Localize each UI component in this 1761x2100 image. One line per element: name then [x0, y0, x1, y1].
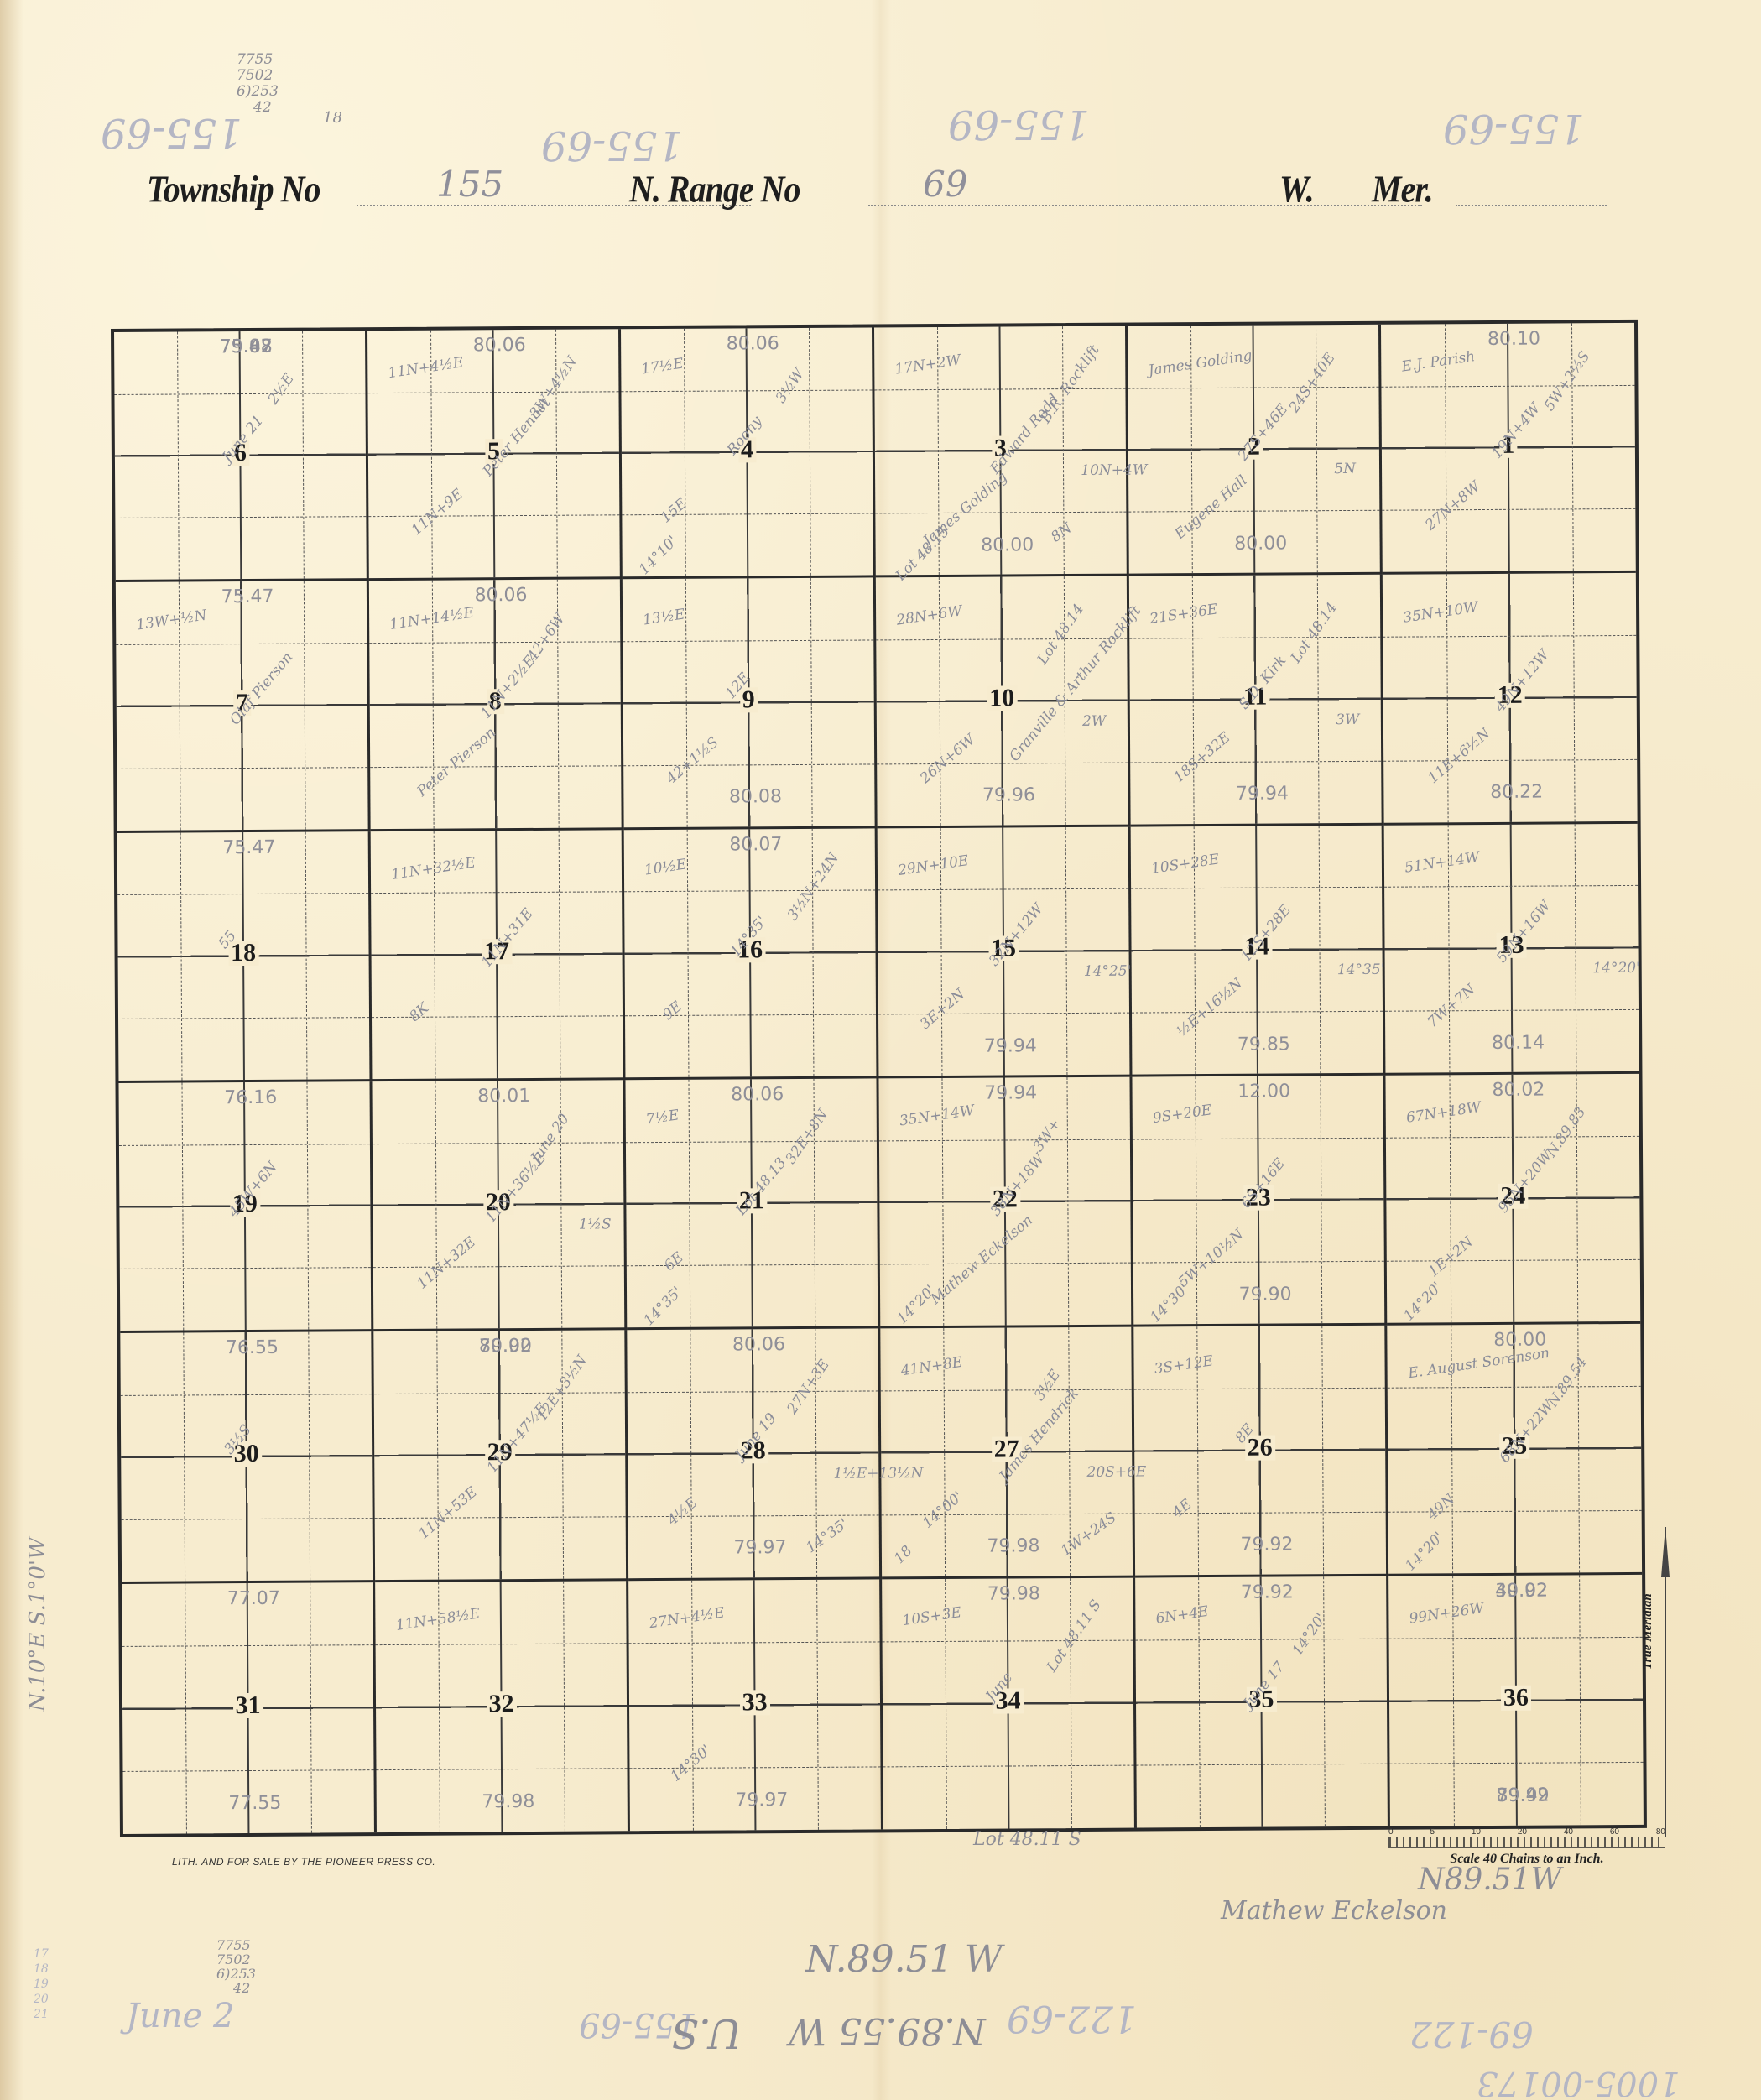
quarter-line	[883, 1640, 1133, 1643]
pencil-annotation: 14°20'	[894, 1282, 939, 1327]
quarter-line	[876, 638, 1127, 641]
scale-tick: 5	[1430, 1827, 1435, 1837]
quarter-line	[816, 1580, 819, 1830]
quarter-line	[1128, 510, 1379, 513]
section-3: 317N+2WEdward RoddJames GoldingB.R. Rock…	[874, 326, 1129, 578]
pencil-annotation: 11N+4½E	[387, 355, 464, 383]
quarter-line	[1382, 508, 1635, 511]
left-margin-bearing: N.10°E S.1°0'W	[25, 1537, 50, 1712]
quarter-line	[877, 762, 1128, 764]
scale-tick: 40	[1564, 1827, 1573, 1837]
quarter-line	[878, 1013, 1129, 1015]
pencil-annotation: 14°00'	[920, 1488, 966, 1532]
section-20: 2080.0111N+36½E11N+32EJune 201½S	[372, 1080, 627, 1331]
quarter-line	[181, 1082, 184, 1330]
quarter-line	[185, 1583, 187, 1833]
calc-line: 7502	[237, 68, 279, 84]
calc-line: 42	[237, 100, 279, 116]
chain-measurement: 75.47	[220, 336, 273, 357]
pencil-annotation: 6N+4E	[1154, 1603, 1209, 1628]
chain-measurement: 79.94	[1236, 784, 1289, 805]
pencil-annotation: 4E	[1170, 1496, 1196, 1521]
pencil-annotation: 32E+8N	[783, 1107, 832, 1167]
section-32: 3211N+58½E79.98	[375, 1581, 630, 1832]
meridian-field-line	[1456, 205, 1607, 206]
pencil-annotation: Mathew Eckelson	[927, 1212, 1036, 1307]
pencil-annotation: 7W+7N	[1425, 982, 1479, 1031]
top-id-note: 155-69	[101, 109, 242, 156]
quarter-line	[875, 512, 1126, 514]
calc-line: 7755	[216, 1938, 256, 1952]
section-1: 1E.J. Parish19N+4W27N+8W5W+2½S80.10	[1381, 323, 1636, 575]
chain-measurement: 76.16	[224, 1087, 277, 1108]
chain-measurement: 80.01	[477, 1086, 530, 1107]
quarter-line	[878, 888, 1128, 891]
chain-measurement: 76.55	[226, 1337, 279, 1358]
township-header: Township No 155 N. Range No 69 W. Mer.	[147, 168, 1607, 218]
section-24: 2467N+18W95N+20W1E+2NN.89.8380.0214°20'	[1385, 1074, 1640, 1326]
quarter-line	[624, 890, 875, 893]
quarter-line	[629, 1767, 880, 1769]
chain-measurement: 79.97	[733, 1537, 786, 1558]
pencil-annotation: 13W+½N	[135, 607, 208, 633]
bottom-note: 122-69	[1007, 1997, 1137, 2040]
pencil-annotation: 14°30'	[1147, 1280, 1192, 1326]
township-number: 155	[436, 164, 503, 205]
pencil-annotation: 14°10'	[636, 533, 681, 578]
quarter-line	[177, 332, 180, 580]
pencil-annotation: 1W+24S	[1058, 1509, 1119, 1559]
pencil-annotation: Lot 48.14	[1034, 602, 1087, 668]
pencil-annotation: 49N	[1425, 1491, 1459, 1524]
chain-measurement: 80.07	[729, 834, 782, 855]
quarter-line	[880, 1263, 1131, 1265]
scale-ticks: 0 5 10 20 40 60 80	[1388, 1827, 1665, 1837]
pencil-annotation: 11N+32E	[414, 1233, 479, 1292]
pencil-annotation: June 20	[528, 1111, 573, 1166]
pencil-annotation: Eugene Hall	[1171, 472, 1250, 543]
pencil-annotation: 27N+3E	[784, 1357, 834, 1417]
section-29: 2980.0011N+47½E11N+53E12E+3½N79.92	[373, 1331, 628, 1582]
quarter-line	[559, 830, 561, 1077]
quarter-line	[1133, 1138, 1383, 1140]
pencil-annotation: 35N+10W	[1402, 599, 1479, 627]
pencil-annotation: B.R. Rocklift	[1038, 342, 1103, 427]
pencil-annotation: James Golding	[1147, 348, 1253, 380]
section-19: 1976.1645W+6N	[118, 1081, 373, 1333]
quarter-line	[874, 388, 1125, 390]
chain-measurement: 79.92	[479, 1336, 532, 1357]
pencil-annotation: 14°25'	[1084, 963, 1132, 980]
section-number: 33	[739, 1690, 769, 1715]
scale-tick: 80	[1656, 1827, 1665, 1837]
section-5: 511N+4½EPeter Hennet11N+9E3W+4½N80.06	[367, 329, 623, 581]
pencil-annotation: 29N+10E	[897, 852, 970, 879]
bottom-note: 69-122	[1409, 2014, 1534, 2055]
section-13: 1351N+14W59N+16W7W+7N80.1414°20'	[1384, 824, 1639, 1076]
quarter-line	[1130, 761, 1381, 763]
quarter-line	[1389, 1762, 1643, 1764]
pencil-annotation: 42+1½S	[663, 734, 722, 788]
section-18: 1875.4755	[117, 831, 373, 1083]
chain-measurement: 79.98	[987, 1583, 1040, 1604]
pencil-annotation: 3W+	[1030, 1116, 1065, 1154]
section-2: 2James Golding27S+46EEugene Hall24S+40E5…	[1128, 325, 1383, 576]
section-6: 675.02June 2179.882½E75.47	[114, 331, 369, 582]
chain-measurement: 80.10	[1487, 328, 1540, 349]
section-7: 713W+½NOlaf Pierson75.47	[116, 581, 371, 832]
pencil-annotation: 28N+6W	[895, 602, 963, 628]
pencil-annotation: 21S+36E	[1149, 601, 1219, 628]
chain-measurement: 79.92	[1240, 1535, 1293, 1555]
chain-measurement: 80.06	[473, 335, 526, 356]
quarter-line	[809, 328, 811, 576]
section-4: 417½ERoony15E3½W80.0614°10'	[621, 327, 876, 579]
quarter-line	[376, 1769, 627, 1771]
number: 18	[34, 1962, 49, 1977]
pencil-annotation: 14°35'	[1337, 961, 1385, 978]
pencil-annotation: 11N+53E	[415, 1484, 481, 1543]
range-label: N. Range No	[629, 166, 800, 211]
pencil-annotation: Lot 48.14	[1288, 600, 1341, 666]
quarter-line	[302, 331, 305, 579]
quarter-line	[1065, 827, 1068, 1075]
quarter-line	[1133, 1261, 1384, 1264]
pencil-annotation: 6E	[661, 1248, 687, 1274]
pencil-annotation: 14°20'	[1402, 1529, 1447, 1575]
quarter-line	[371, 892, 622, 894]
chain-measurement: 79.94	[984, 1035, 1037, 1056]
pencil-annotation: 27N+4½E	[648, 1605, 725, 1633]
quarter-line	[373, 1266, 624, 1269]
section-23: 239S+20E6S+16E5W+10½N79.9012.0014°30'	[1132, 1076, 1387, 1327]
pencil-annotation: 8K	[406, 1000, 432, 1025]
chain-measurement: 80.22	[1490, 782, 1543, 803]
quarter-line	[690, 1330, 692, 1577]
section-14: 1410S+28E12S+28E½E+16½N79.8514°35'	[1131, 825, 1386, 1076]
chain-measurement: 79.90	[1239, 1284, 1292, 1305]
top-small-note: 18	[323, 109, 342, 127]
scale-tick: 10	[1472, 1827, 1481, 1837]
quarter-line	[367, 391, 618, 393]
pencil-annotation: 9S+20E	[1152, 1102, 1213, 1128]
bottom-left-numbers: 17 18 19 20 21	[34, 1946, 49, 2022]
section-31: 3177.0777.55	[122, 1582, 377, 1834]
pencil-annotation: 11N+9E	[409, 486, 466, 539]
quarter-line	[376, 1644, 627, 1646]
pencil-annotation: 51N+14W	[1404, 849, 1481, 877]
quarter-line	[121, 1394, 372, 1396]
chain-measurement: 79.98	[482, 1791, 534, 1812]
bottom-right-bearing: N89.51W	[1418, 1863, 1562, 1897]
pencil-annotation: 27S+46E	[1234, 401, 1290, 465]
bottom-note: N.89.55 W	[789, 2009, 986, 2052]
section-12: 1235N+10W49N+12W11E+6½N80.22	[1383, 573, 1638, 825]
bottom-calculation: 7755 7502 6)253 42	[216, 1938, 256, 1995]
quarter-line	[628, 1391, 878, 1394]
pencil-annotation: Lot 48.15	[893, 524, 953, 585]
bottom-note: N.89.51 W	[805, 1938, 1003, 1981]
pencil-annotation: Lot 48.11 S	[1044, 1597, 1105, 1675]
section-10: 1028N+6WGranville & Arthur Rocklift26N+6…	[876, 576, 1131, 828]
quarter-line	[310, 1582, 312, 1832]
pencil-annotation: 17½E	[640, 356, 685, 378]
quarter-line	[436, 1331, 439, 1579]
section-33: 3327N+4½E79.9714°30'	[628, 1579, 883, 1831]
pencil-annotation: 4½E	[664, 1494, 701, 1529]
pencil-annotation: 35N+14W	[899, 1102, 976, 1130]
archive-id: 1005-00173	[1477, 2064, 1680, 2100]
quarter-line	[1128, 387, 1378, 389]
pencil-annotation: 41N+8E	[899, 1354, 963, 1380]
chain-measurement: 80.08	[729, 787, 782, 808]
pencil-annotation: 2W	[1082, 713, 1106, 730]
quarter-line	[1134, 1388, 1385, 1390]
pencil-annotation: N.89.54	[1545, 1354, 1591, 1410]
quarter-line	[623, 763, 874, 766]
quarter-line	[368, 515, 619, 518]
true-meridian-line: True Meridian	[1665, 1527, 1671, 1837]
pencil-annotation: E.J. Parish	[1400, 348, 1476, 376]
quarter-line	[118, 1017, 369, 1019]
pencil-annotation: 8N	[1048, 520, 1076, 546]
quarter-line	[373, 1142, 623, 1144]
pencil-annotation: 27N+8W	[1423, 478, 1484, 534]
paper-edge	[0, 0, 23, 2100]
bottom-note: June 2	[126, 1997, 234, 2035]
quarter-line	[1579, 1575, 1581, 1825]
pencil-annotation: 1E+2N	[1425, 1233, 1477, 1280]
pencil-annotation: 3E+2N	[917, 986, 968, 1033]
pencil-annotation: 2½E	[265, 371, 298, 408]
chain-measurement: 79.92	[1241, 1582, 1294, 1602]
north-arrow-icon	[1661, 1527, 1670, 1577]
chain-measurement: 80.00	[1493, 1330, 1546, 1351]
pencil-annotation: 10S+3E	[901, 1604, 962, 1629]
meridian-label: Mer.	[1372, 166, 1433, 211]
chain-measurement: 80.06	[474, 585, 527, 606]
quarter-line	[1070, 1578, 1072, 1828]
calc-line: 7755	[237, 52, 279, 68]
section-35: 356N+4EJune 1779.9214°20'	[1135, 1576, 1390, 1827]
quarter-line	[115, 517, 366, 519]
chain-measurement: 80.00	[981, 534, 1034, 555]
pencil-annotation: 11E+6½N	[1425, 725, 1494, 787]
quarter-line	[623, 640, 873, 643]
pencil-annotation: 5W+2½S	[1541, 348, 1594, 414]
pencil-annotation: 3S+12E	[1153, 1352, 1214, 1378]
quarter-line	[122, 1644, 373, 1647]
pencil-annotation: 14°35'	[640, 1284, 685, 1329]
quarter-line	[1381, 385, 1634, 388]
section-number: 10	[987, 685, 1017, 711]
pencil-annotation: 26N+6W	[917, 732, 978, 787]
section-number: 32	[486, 1691, 516, 1717]
scale-graduations	[1388, 1837, 1665, 1848]
range-field-line	[868, 205, 1422, 206]
quarter-line	[309, 1332, 311, 1580]
quarter-line	[1383, 635, 1636, 638]
chain-measurement: 80.02	[1492, 1079, 1545, 1100]
quarter-line	[119, 1144, 370, 1146]
chain-measurement: 79.97	[735, 1790, 788, 1811]
quarter-line	[621, 389, 872, 392]
chain-measurement: 77.55	[228, 1793, 281, 1814]
calc-line: 6)253	[216, 1967, 256, 1981]
quarter-line	[1323, 1576, 1326, 1826]
quarter-line	[304, 581, 306, 829]
quarter-line	[1386, 1136, 1639, 1139]
quarter-line	[369, 641, 620, 644]
top-id-note: 155-69	[541, 122, 683, 169]
quarter-line	[1136, 1764, 1387, 1766]
number: 17	[34, 1946, 49, 1962]
pencil-annotation: 1½S	[579, 1217, 612, 1233]
quarter-line	[1136, 1639, 1387, 1641]
section-8: 811N+14½E11N+2½EPeter Pierson42+6W80.06	[369, 580, 624, 831]
pencil-annotation: 3W	[1336, 711, 1359, 728]
chain-measurement: 12.00	[1237, 1081, 1290, 1102]
chain-measurement: 80.06	[727, 333, 779, 354]
quarter-line	[305, 831, 308, 1079]
quarter-line	[879, 1139, 1130, 1141]
pencil-annotation: ½E+16½N	[1174, 976, 1246, 1040]
direction-label: W.	[1279, 166, 1314, 211]
quarter-line	[122, 1518, 373, 1520]
section-number: 36	[1501, 1686, 1531, 1711]
pencil-annotation: 3W+4½N	[527, 353, 581, 421]
pencil-annotation: 3½N+24N	[784, 850, 842, 924]
quarter-line	[1383, 759, 1637, 762]
pencil-annotation: Peter Pierson	[414, 724, 498, 800]
chain-measurement: 80.00	[1234, 534, 1287, 555]
pencil-annotation: 5W+10½N	[1175, 1226, 1248, 1290]
pencil-annotation: 42+6W	[524, 611, 569, 664]
section-21: 217½ELot 48.136E32E+8N80.0614°35'	[625, 1078, 880, 1330]
quarter-line	[183, 1333, 185, 1581]
chain-measurement: 40.02	[1495, 1580, 1548, 1601]
quarter-line	[626, 1140, 877, 1143]
range-number: 69	[923, 164, 967, 205]
scale-bar: 0 5 10 20 40 60 80 Scale 40 Chains to an…	[1388, 1827, 1665, 1867]
quarter-line	[1388, 1386, 1641, 1389]
pencil-annotation: N.89.83	[1543, 1104, 1589, 1160]
quarter-line	[881, 1389, 1132, 1392]
number: 19	[34, 1977, 49, 1992]
pencil-annotation: 3½W	[773, 366, 808, 406]
lot-note: Lot 48.11 S	[973, 1829, 1081, 1850]
section-25: 25E. August Sorenson68N+22W49NN.89.5480.…	[1387, 1324, 1642, 1576]
scale-tick: 0	[1388, 1827, 1394, 1837]
quarter-line	[1572, 574, 1575, 821]
quarter-line	[688, 1080, 690, 1327]
pencil-annotation: 18S+32E	[1170, 729, 1233, 786]
township-label: Township No	[147, 166, 320, 211]
pencil-annotation: 10S+28E	[1150, 851, 1221, 878]
pencil-annotation: 24S+40E	[1286, 350, 1339, 415]
quarter-line	[374, 1392, 625, 1394]
quarter-line	[123, 1770, 374, 1773]
pencil-annotation: 14°30'	[668, 1742, 715, 1785]
top-id-note: 155-69	[1443, 105, 1585, 152]
section-30: 3076.553½S	[120, 1331, 375, 1583]
true-meridian-label: True Meridian	[1641, 1593, 1655, 1670]
section-26: 263S+12E8E4E79.92	[1133, 1326, 1388, 1577]
top-id-note: 155-69	[948, 101, 1090, 148]
calc-line: 42	[216, 1981, 256, 1995]
quarter-line	[307, 1082, 310, 1330]
quarter-line	[117, 894, 368, 896]
section-number: 31	[232, 1693, 263, 1718]
quarter-line	[810, 578, 813, 826]
quarter-line	[1131, 887, 1382, 889]
calc-line: 6)253	[237, 84, 279, 100]
quarter-line	[563, 1581, 565, 1831]
quarter-line	[435, 1081, 437, 1329]
section-11: 1121S+36ES.D. Kirk18S+32ELot 48.143W79.9…	[1129, 575, 1384, 826]
quarter-line	[1129, 637, 1380, 639]
section-36: 3699N+26W39.9239.9289.4940.0279.92	[1388, 1575, 1644, 1826]
quarter-line	[1132, 1011, 1383, 1014]
quarter-line	[1387, 1259, 1640, 1262]
chain-measurement: 75.47	[221, 586, 274, 607]
pencil-annotation: 13½E	[642, 606, 686, 628]
chain-measurement: 79.92	[1496, 1785, 1549, 1806]
section-grid: 675.02June 2179.882½E75.47511N+4½EPeter …	[111, 320, 1647, 1837]
chain-measurement: 79.94	[984, 1082, 1037, 1103]
chain-measurement: 75.47	[222, 836, 275, 857]
quarter-line	[629, 1642, 880, 1644]
pencil-annotation: 10½E	[643, 857, 688, 879]
quarter-line	[114, 393, 365, 395]
chain-measurement: 79.96	[982, 785, 1035, 806]
pencil-annotation: 17N+2W	[894, 352, 961, 378]
quarter-line	[883, 1765, 1133, 1768]
chain-measurement: 80.06	[731, 1084, 784, 1105]
section-17: 1711N+32½E11N+31E8K	[371, 830, 626, 1081]
quarter-line	[1384, 885, 1638, 888]
pencil-annotation: 5N	[1334, 461, 1356, 477]
chain-measurement: 77.07	[227, 1587, 280, 1608]
quarter-line	[1067, 1077, 1070, 1325]
chain-measurement: 79.98	[987, 1536, 1039, 1557]
section-28: 2880.06June 194½E27N+3E1½E+13½N79.9714°3…	[627, 1329, 882, 1581]
section-34: 3410S+3EJune79.98Lot 48.11 S	[882, 1577, 1137, 1829]
quarter-line	[375, 1516, 626, 1519]
chain-measurement: 79.85	[1237, 1034, 1290, 1055]
quarter-line	[1389, 1637, 1643, 1639]
quarter-line	[180, 832, 182, 1080]
printer-imprint: LITH. AND FOR SALE BY THE PIONEER PRESS …	[172, 1856, 435, 1868]
calc-line: 7502	[216, 1952, 256, 1967]
pencil-annotation: 14°20'	[1592, 960, 1640, 977]
quarter-line	[1321, 1076, 1323, 1323]
quarter-line	[116, 643, 367, 645]
quarter-line	[882, 1513, 1133, 1515]
chain-measurement: 80.06	[732, 1334, 785, 1355]
section-16: 1610½E14°35'9E3½N+24N80.07	[624, 828, 879, 1080]
quarter-line	[1322, 1326, 1325, 1574]
quarter-line	[1319, 826, 1321, 1073]
quarter-line	[1385, 1009, 1639, 1012]
quarter-line	[812, 829, 815, 1076]
pencil-annotation: 14°35'	[804, 1515, 852, 1556]
pencil-annotation: 18	[891, 1543, 915, 1567]
township-map: 675.02June 2179.882½E75.47511N+4½EPeter …	[111, 329, 1638, 1837]
pencil-annotation: 67N+18W	[1405, 1099, 1482, 1127]
pencil-annotation: 7½E	[644, 1107, 680, 1129]
section-15: 1529N+10E32N+12W3E+2N79.9414°25'	[878, 826, 1133, 1078]
